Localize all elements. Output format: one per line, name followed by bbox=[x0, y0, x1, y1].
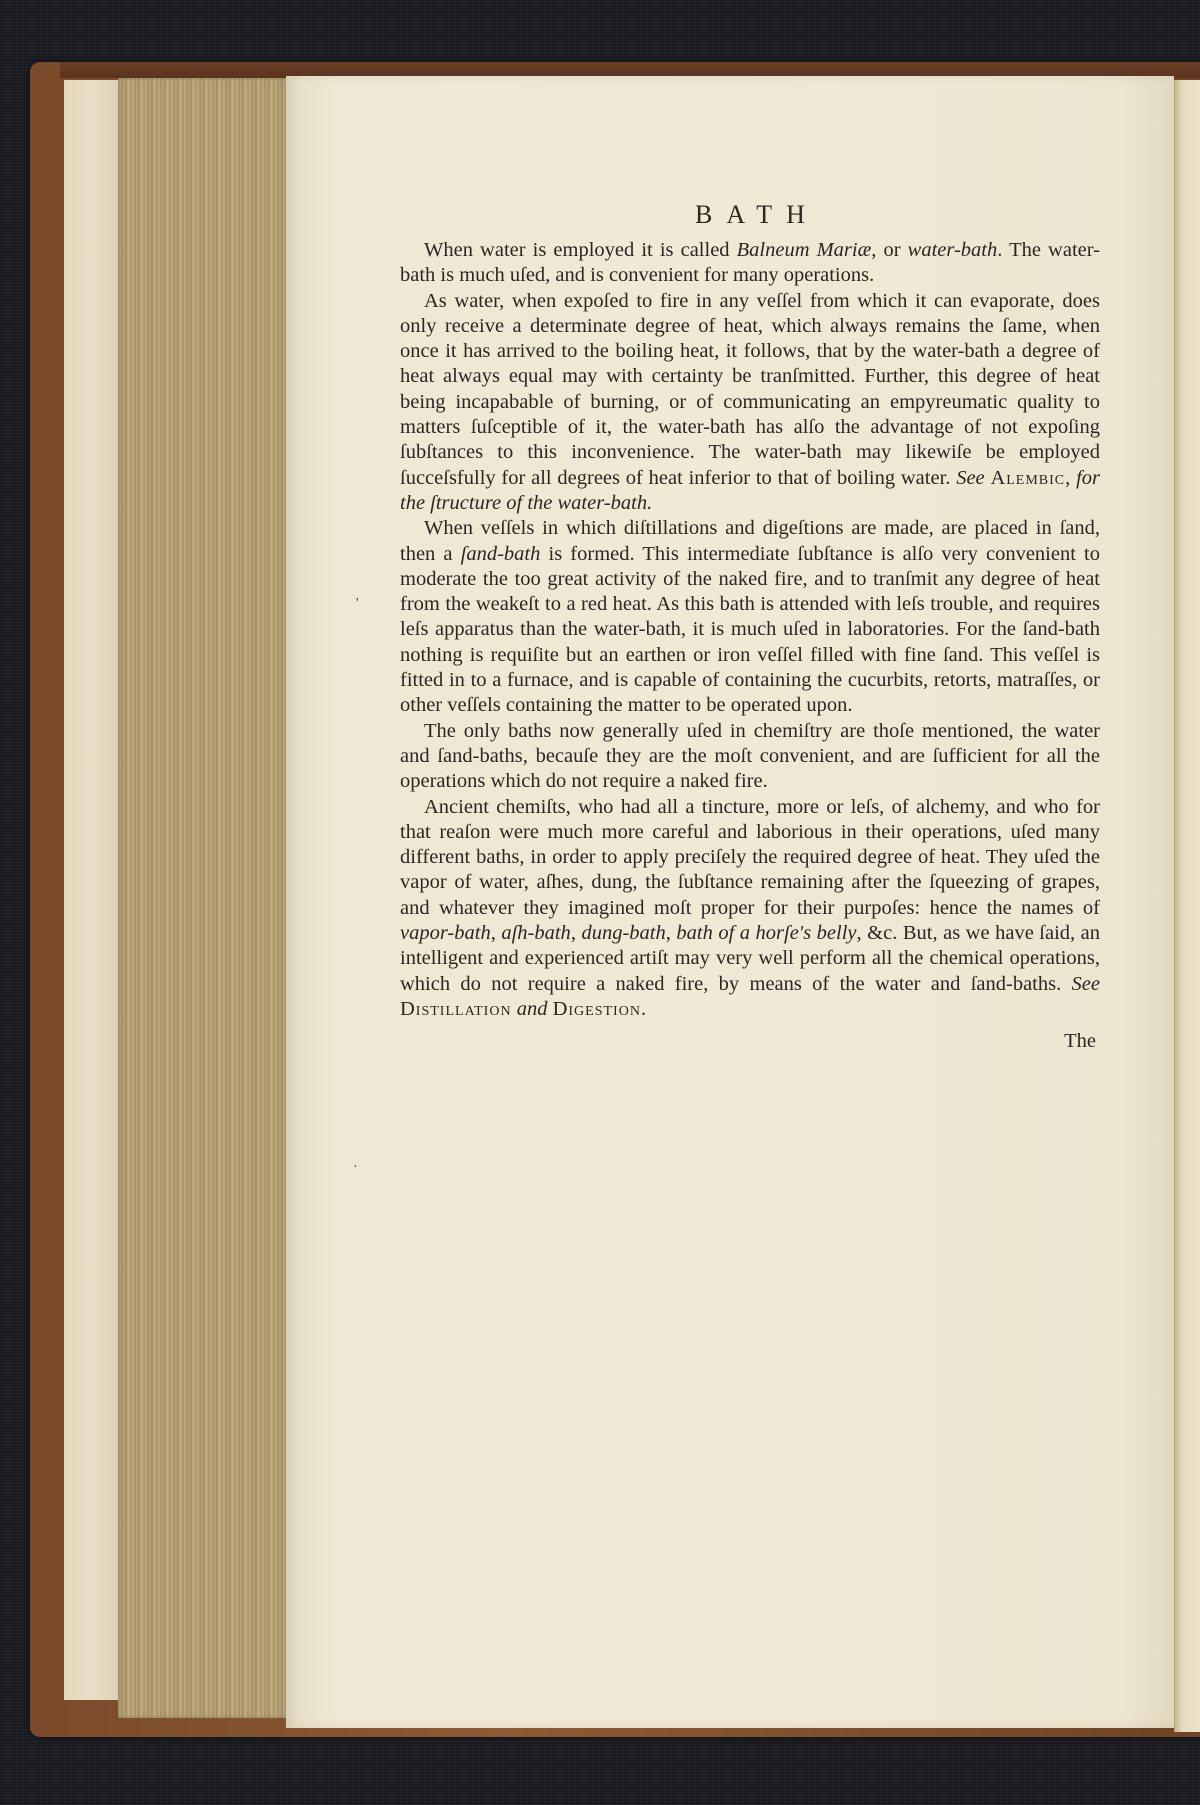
text-run: As water, when expoſed to fire in any ve… bbox=[400, 290, 1100, 489]
ink-mark: · bbox=[353, 1160, 358, 1176]
page-edges-stack bbox=[118, 78, 288, 1718]
italic-text: See bbox=[956, 467, 984, 489]
text-run: , or bbox=[871, 239, 907, 261]
catchword: The bbox=[400, 1030, 1100, 1053]
paragraph: As water, when expoſed to fire in any ve… bbox=[400, 289, 1100, 517]
next-page-edge bbox=[1174, 80, 1200, 1732]
italic-text: water-bath bbox=[908, 239, 998, 261]
text-run: , bbox=[1065, 467, 1076, 489]
italic-text: ſand-bath bbox=[461, 543, 541, 565]
italic-text: See bbox=[1072, 973, 1100, 995]
small-caps-reference: Digestion bbox=[553, 998, 641, 1020]
text-run: , bbox=[571, 922, 582, 944]
small-caps-reference: Alembic bbox=[990, 467, 1065, 489]
body-text: When water is employed it is called Baln… bbox=[400, 238, 1100, 1022]
paragraph: When veſſels in which diſtillations and … bbox=[400, 516, 1100, 718]
italic-text: and bbox=[517, 998, 548, 1020]
text-run: Ancient chemiſts, who had all a tincture… bbox=[400, 796, 1100, 919]
paragraph: When water is employed it is called Baln… bbox=[400, 238, 1100, 289]
italic-text: vapor-bath bbox=[400, 922, 491, 944]
ink-mark: ' bbox=[356, 596, 359, 612]
text-run: The only baths now generally uſed in che… bbox=[400, 720, 1100, 793]
running-head: BATH bbox=[400, 200, 1100, 230]
italic-text: bath of a horſe's belly bbox=[676, 922, 856, 944]
text-run: , bbox=[491, 922, 502, 944]
paragraph: Ancient chemiſts, who had all a tincture… bbox=[400, 795, 1100, 1023]
text-run: . bbox=[641, 998, 646, 1020]
small-caps-reference: Distillation bbox=[400, 998, 512, 1020]
italic-text: dung-bath bbox=[581, 922, 665, 944]
flyleaf bbox=[64, 80, 121, 1700]
text-run: , bbox=[666, 922, 677, 944]
text-run: When water is employed it is called bbox=[424, 239, 737, 261]
page-text-block: BATH When water is employed it is called… bbox=[400, 200, 1100, 1053]
text-run: is formed. This intermediate ſubſtance i… bbox=[400, 543, 1100, 717]
paragraph: The only baths now generally uſed in che… bbox=[400, 719, 1100, 795]
italic-text: aſh-bath bbox=[501, 922, 570, 944]
italic-text: Balneum Mariæ bbox=[737, 239, 872, 261]
